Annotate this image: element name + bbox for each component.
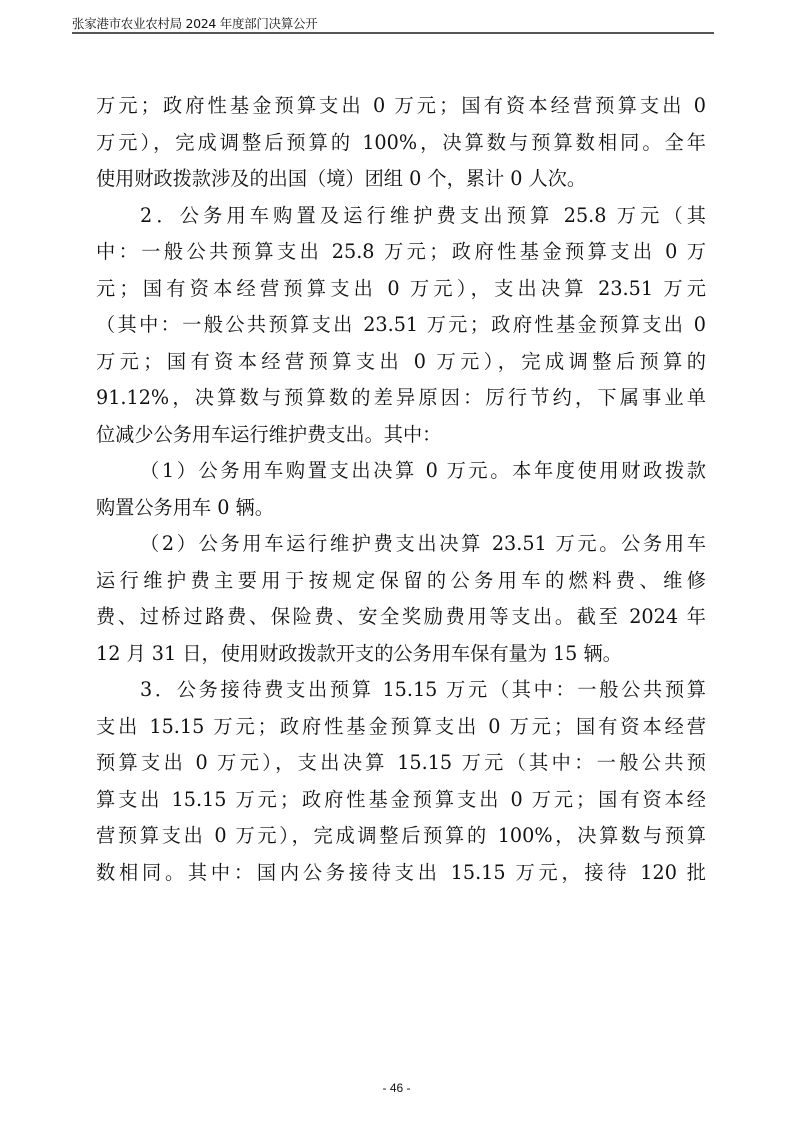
text-line: 元；国有资本经营预算支出 0 万元），支出决算 23.51 万元	[96, 271, 706, 308]
text-line: 万元），完成调整后预算的 100%，决算数与预算数相同。全年	[96, 125, 706, 162]
text-line: 3．公务接待费支出预算 15.15 万元（其中：一般公共预算	[96, 672, 706, 709]
paragraph-reception-expenses: 3．公务接待费支出预算 15.15 万元（其中：一般公共预算 支出 15.15 …	[96, 672, 706, 891]
text-line: 万元；政府性基金预算支出 0 万元；国有资本经营预算支出 0	[96, 88, 706, 125]
paragraph-vehicle-maintenance: （2）公务用车运行维护费支出决算 23.51 万元。公务用车 运行维护费主要用于…	[96, 526, 706, 672]
text-line: 使用财政拨款涉及的出国（境）团组 0 个，累计 0 人次。	[96, 161, 706, 198]
paragraph-overseas-trips: 万元；政府性基金预算支出 0 万元；国有资本经营预算支出 0 万元），完成调整后…	[96, 88, 706, 198]
text-line: 支出 15.15 万元；政府性基金预算支出 0 万元；国有资本经营	[96, 709, 706, 746]
text-line: 营预算支出 0 万元），完成调整后预算的 100%，决算数与预算	[96, 818, 706, 855]
header-divider	[72, 32, 714, 34]
document-header-title: 张家港市农业农村局 2024 年度部门决算公开	[72, 14, 317, 32]
text-line: 运行维护费主要用于按规定保留的公务用车的燃料费、维修	[96, 563, 706, 600]
text-line: 预算支出 0 万元），支出决算 15.15 万元（其中：一般公共预	[96, 745, 706, 782]
text-line: 12 月 31 日，使用财政拨款开支的公务用车保有量为 15 辆。	[96, 636, 706, 673]
page-number: - 46 -	[0, 1081, 793, 1095]
text-line: 中：一般公共预算支出 25.8 万元；政府性基金预算支出 0 万	[96, 234, 706, 271]
text-line: （1）公务用车购置支出决算 0 万元。本年度使用财政拨款	[96, 453, 706, 490]
text-line: 购置公务用车 0 辆。	[96, 490, 706, 527]
text-line: 2．公务用车购置及运行维护费支出预算 25.8 万元（其	[96, 198, 706, 235]
document-body: 万元；政府性基金预算支出 0 万元；国有资本经营预算支出 0 万元），完成调整后…	[96, 88, 706, 891]
text-line: 91.12%，决算数与预算数的差异原因：厉行节约，下属事业单	[96, 380, 706, 417]
text-line: （2）公务用车运行维护费支出决算 23.51 万元。公务用车	[96, 526, 706, 563]
text-line: 万元；国有资本经营预算支出 0 万元），完成调整后预算的	[96, 344, 706, 381]
text-line: （其中：一般公共预算支出 23.51 万元；政府性基金预算支出 0	[96, 307, 706, 344]
text-line: 位减少公务用车运行维护费支出。其中：	[96, 417, 706, 454]
text-line: 费、过桥过路费、保险费、安全奖励费用等支出。截至 2024 年	[96, 599, 706, 636]
text-line: 数相同。其中：国内公务接待支出 15.15 万元，接待 120 批	[96, 855, 706, 892]
paragraph-vehicle-expenses: 2．公务用车购置及运行维护费支出预算 25.8 万元（其 中：一般公共预算支出 …	[96, 198, 706, 454]
paragraph-vehicle-purchase: （1）公务用车购置支出决算 0 万元。本年度使用财政拨款 购置公务用车 0 辆。	[96, 453, 706, 526]
text-line: 算支出 15.15 万元；政府性基金预算支出 0 万元；国有资本经	[96, 782, 706, 819]
